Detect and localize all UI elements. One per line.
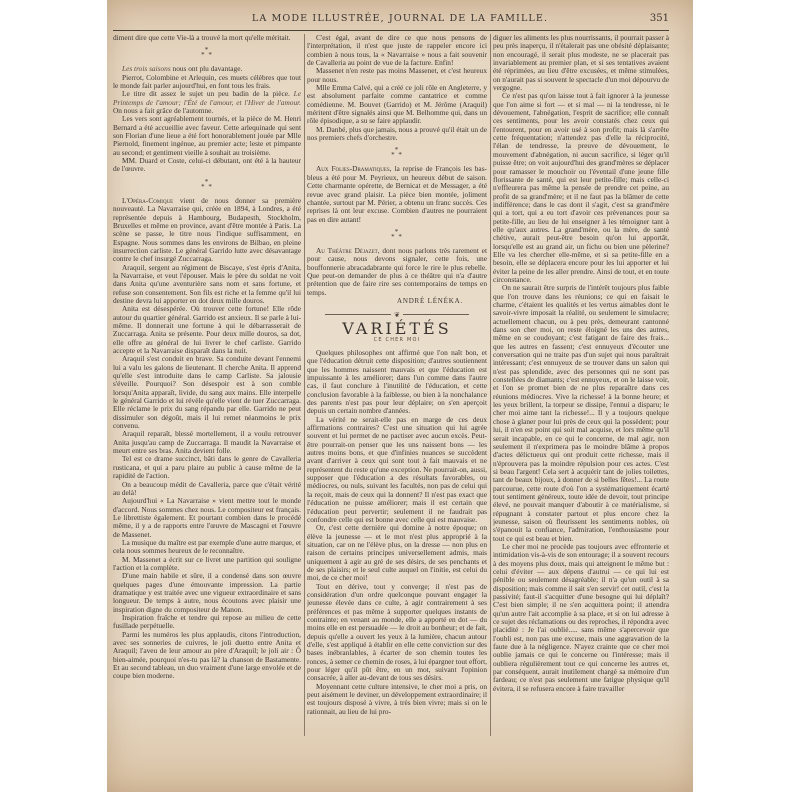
paragraph-text: Inspiration fraîche et tendre qui repose… xyxy=(113,613,301,630)
column-theatre-review: diment dire que cette Vie-là a trouvé la… xyxy=(113,34,301,780)
journal-title: LA MODE ILLUSTRÉE, JOURNAL DE LA FAMILLE… xyxy=(107,13,693,24)
paragraph: MM. Duard et Coste, celui-ci débutant, o… xyxy=(113,157,301,174)
asterism-separator: ** * xyxy=(307,148,487,159)
paragraph-text: M. Danbé, plus que jamais, nous a prouvé… xyxy=(307,125,487,142)
paragraph-text: Araquil reparaît, blessé mortellement, i… xyxy=(113,429,301,455)
magazine-page: LA MODE ILLUSTRÉE, JOURNAL DE LA FAMILLE… xyxy=(107,0,693,792)
paragraph-text: Ce n'est pas qu'on laisse tout à fait ig… xyxy=(493,91,669,284)
paragraph-text: Les vers sont agréablement tournés, et l… xyxy=(113,114,301,156)
asterism-separator: ** * xyxy=(113,180,301,191)
paragraph: Tel est ce drame succinct, bâti dans le … xyxy=(113,455,301,480)
paragraph: Le cher moi ne procède pas toujours avec… xyxy=(493,543,669,693)
paragraph: Inspiration fraîche et tendre qui repose… xyxy=(113,614,301,631)
paragraph-text: , la reprise de François les bas-bleus a… xyxy=(307,164,487,223)
asterism-separator: ** * xyxy=(307,230,487,241)
paragraph-text: Araquil s'est conduit en brave. Sa condu… xyxy=(113,354,301,430)
author-signature: ANDRÉ LÉNÉKA. xyxy=(307,297,487,305)
header-rule xyxy=(113,30,669,31)
paragraph: Le titre dit assez le sujet un peu badin… xyxy=(113,90,301,115)
paragraph: La musique du maître est par exemple d'u… xyxy=(113,539,301,556)
section-subtitle: CE CHER MOI xyxy=(307,336,487,344)
paragraph-text: Pierrot, Colombine et Arlequin, ces muet… xyxy=(113,73,301,90)
ornamental-divider: ❦ xyxy=(307,311,487,319)
column-divider xyxy=(304,34,305,736)
paragraph-text: D'une main habile et sûre, il a condensé… xyxy=(113,571,301,613)
ornament-knot-icon: ❦ xyxy=(391,311,403,319)
paragraph: La vérité ne serait-elle pas en marge de… xyxy=(307,416,487,524)
column-divider xyxy=(490,34,491,736)
paragraph: Tout en dérive, tout y converge; il n'es… xyxy=(307,583,487,683)
paragraph: Pierrot, Colombine et Arlequin, ces muet… xyxy=(113,74,301,91)
column-review-and-varietes: C'est égal, avant de dire ce que nous pe… xyxy=(307,34,487,780)
paragraph-text: Anita est désespérée. Où trouver cette f… xyxy=(113,304,301,355)
asterism-separator: ** * xyxy=(113,48,301,59)
paragraph-text: vient de nous donner sa première nouveau… xyxy=(113,196,301,263)
paragraph-text: Tout en dérive, tout y converge; il n'es… xyxy=(307,582,487,683)
paragraph: M. Massenet a écrit sur ce livret une pa… xyxy=(113,556,301,573)
paragraph-text: C'est égal, avant de dire ce que nous pe… xyxy=(307,34,487,67)
paragraph: On a beaucoup médit de Cavalleria, parce… xyxy=(113,481,301,498)
paragraph: Aujourd'hui « La Navarraise » vient mett… xyxy=(113,497,301,539)
paragraph-text: Or, c'est cette dernière qui domine à no… xyxy=(307,523,487,582)
paragraph: Mlle Emma Calvé, qui a créé ce joli rôle… xyxy=(307,84,487,126)
section-title: VARIÉTÉS xyxy=(307,325,487,333)
paragraph-text: Le cher moi ne procède pas toujours avec… xyxy=(493,542,669,693)
running-header: LA MODE ILLUSTRÉE, JOURNAL DE LA FAMILLE… xyxy=(107,13,693,27)
paragraph: Moyennant cette culture intensive, le ch… xyxy=(307,683,487,716)
paragraph-text: M. Massenet a écrit sur ce livret une pa… xyxy=(113,555,301,572)
paragraph-text: La vérité ne serait-elle pas en marge de… xyxy=(307,415,487,524)
paragraph: Anita est désespérée. Où trouver cette f… xyxy=(113,305,301,355)
paragraph: On ne saurait être surpris de l'intérêt … xyxy=(493,284,669,543)
page-number: 351 xyxy=(650,13,669,24)
paragraph-text: Moyennant cette culture intensive, le ch… xyxy=(307,682,487,716)
paragraph-text: Quelques philosophes ont affirmé que l'o… xyxy=(307,348,487,415)
paragraph-text: Massenet n'en reste pas moins Massenet, … xyxy=(307,66,487,83)
paragraph: Aux Folies-Dramatiques, la reprise de Fr… xyxy=(307,165,487,223)
paragraph: Au Théâtre Déjazet, dont nous parlons tr… xyxy=(307,247,487,297)
paragraph-text: Araquil, sergent au régiment de Biscaye,… xyxy=(113,263,301,305)
paragraph: diguer les aliments les plus nourrissant… xyxy=(493,34,669,92)
paragraph-text: diment dire que cette Vie-là a trouvé la… xyxy=(113,34,291,42)
paragraph-text: Tel est ce drame succinct, bâti dans le … xyxy=(113,454,301,480)
paragraph: diment dire que cette Vie-là a trouvé la… xyxy=(113,34,301,42)
paragraph: M. Danbé, plus que jamais, nous a prouvé… xyxy=(307,126,487,143)
paragraph-text: On a beaucoup médit de Cavalleria, parce… xyxy=(113,480,301,497)
paragraph: Or, c'est cette dernière qui domine à no… xyxy=(307,524,487,582)
paragraph: D'une main habile et sûre, il a condensé… xyxy=(113,572,301,614)
paragraph: Les vers sont agréablement tournés, et l… xyxy=(113,115,301,157)
paragraph-text: Parmi les numéros les plus applaudis, ci… xyxy=(113,630,301,681)
paragraph-text: On ne saurait être surpris de l'intérêt … xyxy=(493,283,669,542)
paragraph: Araquil, sergent au régiment de Biscaye,… xyxy=(113,264,301,306)
paragraph: L'Opéra-Comique vient de nous donner sa … xyxy=(113,197,301,264)
paragraph-text: La musique du maître est par exemple d'u… xyxy=(113,538,301,555)
paragraph: Quelques philosophes ont affirmé que l'o… xyxy=(307,349,487,416)
column-varietes-continued: diguer les aliments les plus nourrissant… xyxy=(493,34,669,780)
paragraph-text: Mlle Emma Calvé, qui a créé ce joli rôle… xyxy=(307,83,487,125)
paragraph: Araquil s'est conduit en brave. Sa condu… xyxy=(113,355,301,430)
paragraph-text: MM. Duard et Coste, celui-ci débutant, o… xyxy=(113,156,301,173)
paragraph: Parmi les numéros les plus applaudis, ci… xyxy=(113,631,301,681)
paragraph: Massenet n'en reste pas moins Massenet, … xyxy=(307,67,487,84)
paragraph: C'est égal, avant de dire ce que nous pe… xyxy=(307,34,487,67)
paragraph: Ce n'est pas qu'on laisse tout à fait ig… xyxy=(493,92,669,284)
paragraph-text: Aujourd'hui « La Navarraise » vient mett… xyxy=(113,496,301,538)
paragraph-text: , dont nous parlons très rarement et pou… xyxy=(307,246,487,297)
paragraph: Araquil reparaît, blessé mortellement, i… xyxy=(113,430,301,455)
paragraph-text: diguer les aliments les plus nourrissant… xyxy=(493,34,669,92)
